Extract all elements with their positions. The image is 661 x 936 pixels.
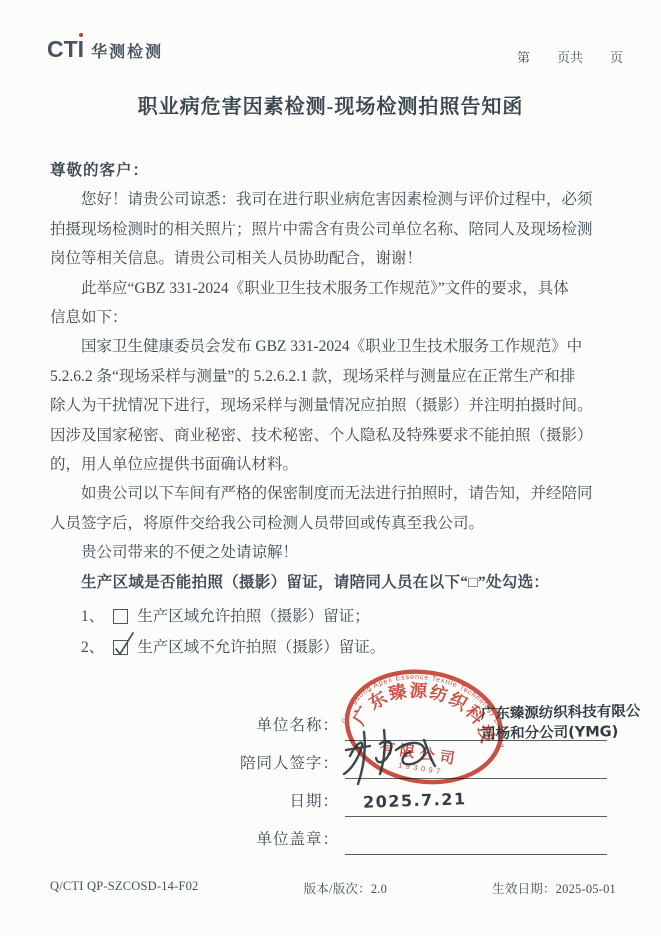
form-field-label: 单位盖章： — [235, 827, 339, 855]
form-field-label: 单位名称： — [235, 713, 339, 741]
cti-logo: CTI 华测检测 — [47, 36, 163, 62]
footer-doc-number: Q/CTI QP-SZCOSD-14-F02 — [50, 879, 199, 897]
document-footer: Q/CTI QP-SZCOSD-14-F02 版本/版次：2.0 生效日期：20… — [50, 879, 616, 897]
footer-version: 版本/版次：2.0 — [304, 879, 387, 897]
option-label: 生产区域不允许拍照（摄影）留证。 — [137, 633, 385, 662]
photo-permission-options: 1、生产区域允许拍照（摄影）留证；2、生产区域不允许拍照（摄影）留证。 — [50, 601, 622, 663]
accompanying-person-signature — [336, 722, 461, 790]
body-line: 您好！请贵公司谅悉：我司在进行职业病危害因素检测与评价过程中，必须 — [50, 185, 622, 214]
checkbox-prompt: 生产区域是否能拍照（摄影）留证，请陪同人员在以下“□”处勾选： — [50, 568, 622, 597]
cti-chinese-name: 华测检测 — [91, 36, 163, 62]
body-line: 除人为干扰情况下进行，现场采样与测量情况应拍照（摄影）并注明拍摄时间。 — [50, 391, 622, 420]
body-line: 国家卫生健康委员会发布 GBZ 331-2024《职业卫生技术服务工作规范》中 — [50, 332, 622, 361]
body-paragraphs: 您好！请贵公司谅悉：我司在进行职业病危害因素检测与评价过程中，必须拍摄现场检测时… — [50, 185, 622, 567]
page-info-prefix: 第 — [517, 47, 530, 66]
option-row-2: 2、生产区域不允许拍照（摄影）留证。 — [81, 632, 622, 663]
checkmark-icon — [114, 632, 136, 656]
body-line: 因涉及国家秘密、商业秘密、技术秘密、个人隐私及特殊要求不能拍照（摄影） — [50, 421, 622, 450]
cti-wordmark: CTI — [47, 38, 84, 61]
option-row-1: 1、生产区域允许拍照（摄影）留证； — [81, 601, 622, 632]
body-line: 如贵公司以下车间有严格的保密制度而无法进行拍照时，请告知，并经陪同 — [50, 479, 622, 508]
letter-body: 尊敬的客户： 您好！请贵公司谅悉：我司在进行职业病危害因素检测与评价过程中，必须… — [50, 156, 622, 663]
body-line: 岗位等相关信息。请贵公司相关人员协助配合，谢谢！ — [50, 244, 622, 273]
body-line: 信息如下： — [50, 303, 622, 332]
page-info-middle: 页共 — [557, 47, 583, 66]
salutation: 尊敬的客户： — [50, 156, 622, 185]
handwritten-company-line1: 广东臻源纺织科技有限公 — [481, 702, 641, 725]
body-line: 的，用人单位应提供书面确认材料。 — [50, 450, 622, 479]
option-number: 1、 — [81, 602, 104, 631]
body-line: 拍摄现场检测时的相关照片；照片中需含有贵公司单位名称、陪同人及现场检测 — [50, 215, 622, 244]
form-fill-line[interactable] — [345, 824, 607, 855]
option-number: 2、 — [81, 633, 104, 662]
handwritten-company-name: 广东臻源纺织科技有限公 司杨和分公司(YMG) — [481, 702, 641, 745]
checkbox-option-2[interactable] — [113, 640, 128, 655]
footer-effective-date: 生效日期：2025-05-01 — [492, 879, 616, 897]
form-field-label: 陪同人签字： — [235, 751, 339, 779]
body-line: 贵公司带来的不便之处请谅解！ — [50, 538, 622, 567]
option-label: 生产区域允许拍照（摄影）留证； — [137, 602, 370, 631]
body-line: 人员签字后，将原件交给我公司检测人员带回或传真至我公司。 — [50, 509, 622, 538]
cti-i-red-dot: I — [78, 38, 84, 61]
form-field-label: 日期： — [235, 789, 339, 817]
page-number-line: 第 页共 页 — [517, 47, 623, 66]
form-row: 单位盖章： — [235, 817, 607, 855]
document-title: 职业病危害因素检测-现场检测拍照告知函 — [0, 90, 661, 119]
handwritten-company-line2: 司杨和分公司(YMG) — [481, 722, 641, 745]
body-line: 5.2.6.2 条“现场采样与测量”的 5.2.6.2.1 款，现场采样与测量应… — [50, 362, 622, 391]
checkbox-option-1[interactable] — [113, 609, 128, 624]
body-line: 此举应“GBZ 331-2024《职业卫生技术服务工作规范》”文件的要求，具体 — [50, 274, 622, 303]
page-info-suffix: 页 — [610, 47, 623, 66]
handwritten-date: 2025.7.21 — [363, 789, 467, 812]
document-page: CTI 华测检测 第 页共 页 职业病危害因素检测-现场检测拍照告知函 尊敬的客… — [0, 0, 661, 936]
